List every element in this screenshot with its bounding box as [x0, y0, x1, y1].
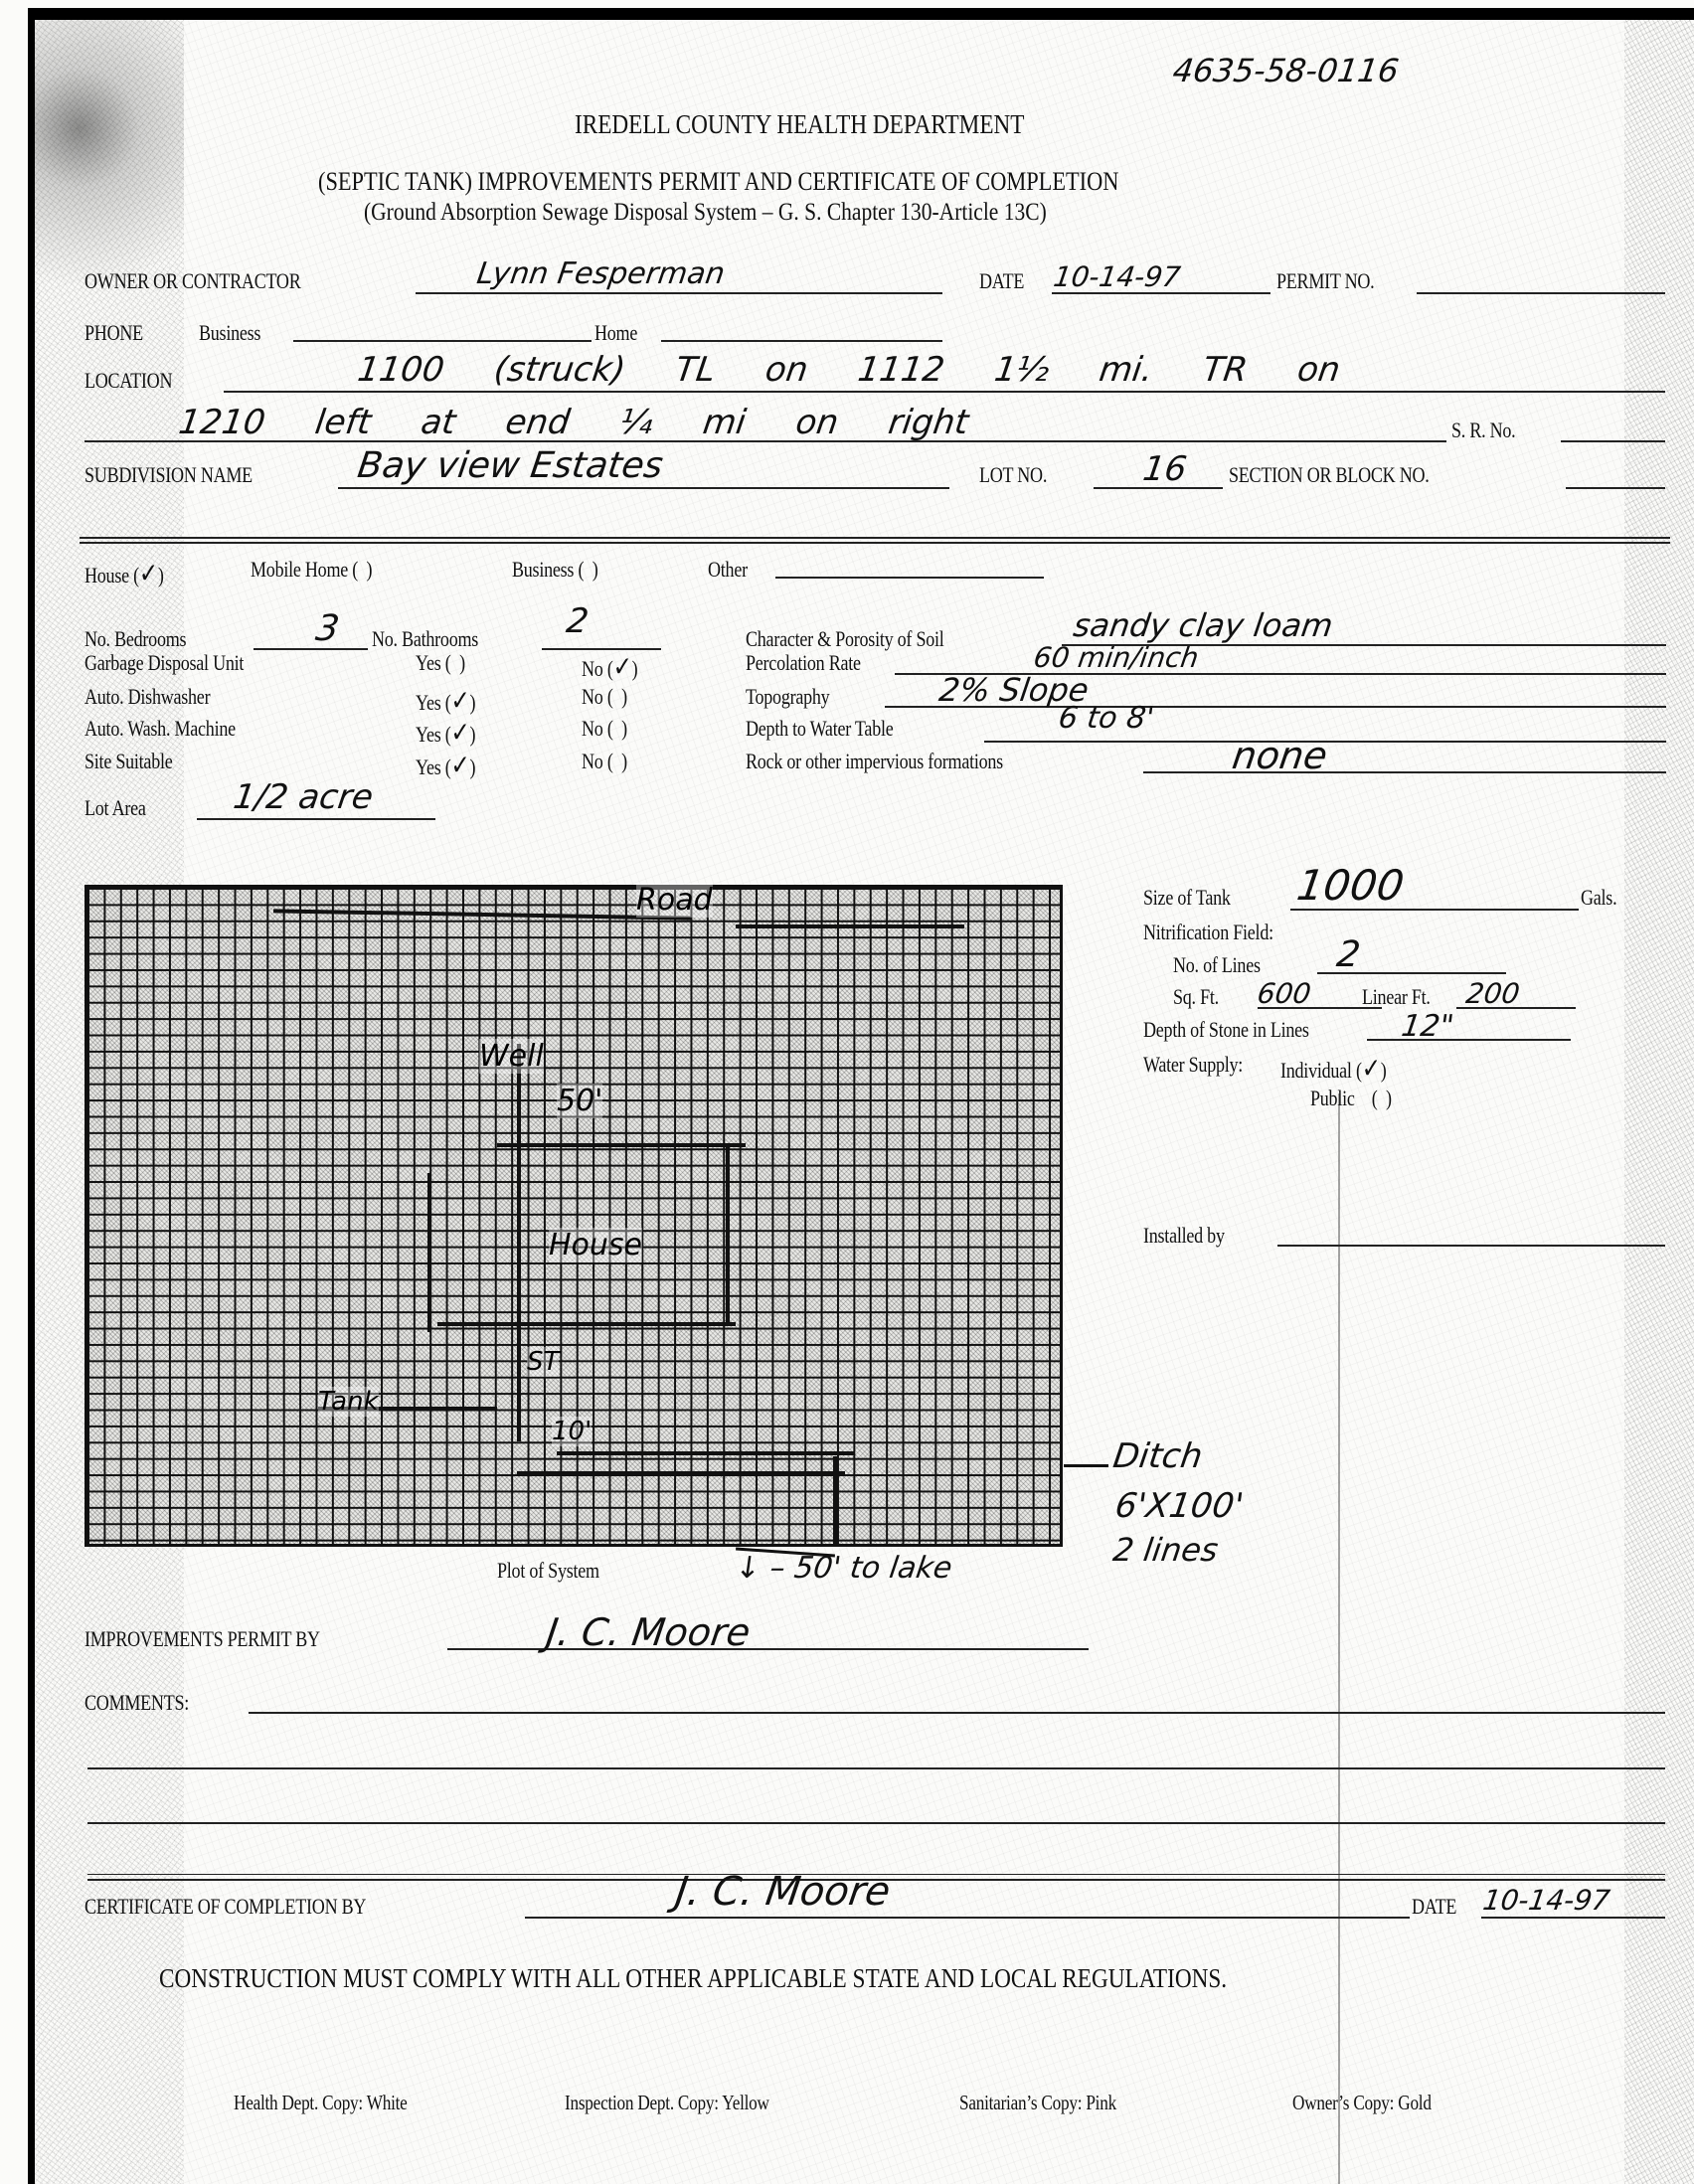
divider — [80, 537, 1670, 539]
lines-field[interactable]: 2 — [1334, 934, 1363, 975]
comments-field[interactable] — [249, 1688, 1665, 1712]
scan-edge-left — [28, 8, 35, 2184]
location-label: LOCATION — [85, 368, 172, 394]
plot-caption: Plot of System — [497, 1558, 599, 1584]
dishwasher-no[interactable]: No ( ) — [582, 684, 627, 710]
section-underline — [1566, 487, 1665, 489]
check-icon: ✓ — [613, 650, 632, 683]
water-individual[interactable]: Individual (✓) — [1280, 1052, 1386, 1085]
sketch-label-well: Well — [479, 1039, 544, 1074]
sketch-drain-line — [557, 1451, 855, 1455]
installed-by-field[interactable] — [1277, 1219, 1665, 1245]
note-lake-distance: ↓ – 50' to lake — [734, 1551, 954, 1586]
subdivision-label: SUBDIVISION NAME — [85, 462, 253, 488]
public-label: Public — [1310, 1086, 1355, 1110]
feature-label-dishwasher: Auto. Dishwasher — [85, 684, 210, 710]
sketch-drain-line — [517, 1471, 845, 1475]
sketch-label-st: ST — [527, 1347, 559, 1377]
wash-machine-yes[interactable]: Yes (✓) — [416, 716, 475, 749]
sketch-drain-end — [833, 1456, 837, 1546]
water-public[interactable]: Public ( ) — [1310, 1086, 1392, 1111]
compliance-notice: CONSTRUCTION MUST COMPLY WITH ALL OTHER … — [159, 1963, 1227, 1994]
sketch-label-road: Road — [636, 883, 713, 918]
soil-character-label: Character & Porosity of Soil — [746, 626, 944, 652]
mobile-home-label: Mobile Home — [251, 557, 348, 582]
sketch-house-wall — [427, 1173, 431, 1332]
business-underline — [293, 340, 592, 342]
lines-label: No. of Lines — [1173, 952, 1261, 978]
no-label: No — [582, 656, 603, 681]
check-icon: ✓ — [1362, 1052, 1381, 1085]
stone-depth-field[interactable]: 12" — [1400, 1009, 1456, 1044]
yes-label: Yes — [416, 650, 441, 675]
check-icon: ✓ — [451, 716, 470, 749]
linear-ft-field[interactable]: 200 — [1464, 977, 1522, 1010]
comments-underline-2 — [87, 1767, 1665, 1769]
plot-of-system-grid — [85, 885, 1063, 1547]
ditch-pointer — [1064, 1464, 1108, 1467]
rock-label: Rock or other impervious formations — [746, 749, 1003, 774]
bedrooms-label: No. Bedrooms — [85, 626, 186, 652]
lot-area-field[interactable]: 1/2 acre — [231, 777, 376, 817]
feature-label-wash-machine: Auto. Wash. Machine — [85, 716, 236, 742]
water-table-field[interactable]: 6 to 8' — [1057, 701, 1157, 736]
individual-label: Individual — [1280, 1058, 1352, 1083]
location-field-line2[interactable]: 1210 left at end ¼ mi on right — [176, 403, 970, 442]
site-suitable-no[interactable]: No ( ) — [582, 749, 627, 774]
house-checkbox-checked[interactable]: ✓ — [139, 557, 158, 589]
scanned-permit-page: 4635-58-0116 IREDELL COUNTY HEALTH DEPAR… — [0, 0, 1694, 2184]
tank-size-label: Size of Tank — [1143, 885, 1231, 911]
copy-inspection-dept: Inspection Dept. Copy: Yellow — [565, 2091, 769, 2115]
owner-field[interactable]: Lynn Fesperman — [475, 256, 728, 291]
section-field[interactable] — [1566, 459, 1665, 487]
note-lines-count: 2 lines — [1110, 1531, 1220, 1569]
perc-rate-label: Percolation Rate — [746, 650, 861, 676]
no-label: No — [582, 749, 603, 773]
wash-machine-no[interactable]: No ( ) — [582, 716, 627, 742]
business-label: Business — [512, 557, 574, 582]
no-label: No — [582, 684, 603, 709]
permit-no-field[interactable] — [1417, 264, 1665, 292]
owner-label: OWNER OR CONTRACTOR — [85, 268, 301, 294]
completion-date-field[interactable]: 10-14-97 — [1481, 1884, 1612, 1917]
building-type-business[interactable]: Business ( ) — [512, 557, 598, 583]
note-ditch: Ditch — [1110, 1436, 1205, 1476]
phone-label: PHONE — [85, 320, 143, 346]
installed-by-label: Installed by — [1143, 1223, 1225, 1249]
bedrooms-underline — [254, 648, 368, 650]
lot-area-underline — [197, 818, 435, 820]
owner-underline — [416, 292, 942, 294]
garbage-no[interactable]: No (✓) — [582, 650, 637, 683]
sketch-label-10ft: 10' — [552, 1417, 592, 1446]
bathrooms-label: No. Bathrooms — [372, 626, 478, 652]
sketch-house-wall — [497, 1143, 746, 1147]
sqft-field[interactable]: 600 — [1256, 977, 1313, 1010]
sketch-label-50ft: 50' — [557, 1084, 602, 1118]
form-subtitle: (Ground Absorption Sewage Disposal Syste… — [364, 199, 1047, 227]
tank-size-field[interactable]: 1000 — [1294, 861, 1408, 910]
sketch-label-tank: Tank — [318, 1387, 379, 1417]
home-phone-label: Home — [594, 320, 637, 346]
no-label: No — [582, 716, 603, 741]
divider — [80, 542, 1670, 544]
permit-no-label: PERMIT NO. — [1276, 268, 1374, 294]
section-label: SECTION OR BLOCK NO. — [1229, 462, 1430, 488]
agency-name: IREDELL COUNTY HEALTH DEPARTMENT — [575, 109, 1024, 140]
sr-no-label: S. R. No. — [1451, 418, 1515, 443]
building-type-mobile-home[interactable]: Mobile Home ( ) — [251, 557, 372, 583]
other-label: Other — [708, 557, 748, 583]
sqft-label: Sq. Ft. — [1173, 984, 1219, 1010]
date-field[interactable]: 10-14-97 — [1052, 260, 1183, 293]
check-icon: ✓ — [451, 684, 470, 717]
completion-date-underline — [1481, 1917, 1665, 1919]
building-type-house[interactable]: House (✓) — [85, 557, 164, 589]
other-field[interactable] — [775, 553, 1044, 577]
completion-by-label: CERTIFICATE OF COMPLETION BY — [85, 1894, 366, 1920]
comments-label: COMMENTS: — [85, 1690, 189, 1716]
scan-noise-right — [1624, 20, 1694, 2184]
linear-ft-label: Linear Ft. — [1362, 984, 1431, 1010]
feature-label-site-suitable: Site Suitable — [85, 749, 173, 774]
business-phone-label: Business — [199, 320, 260, 346]
subdivision-underline — [338, 487, 949, 489]
home-phone-field[interactable] — [661, 316, 942, 340]
feature-label-garbage: Garbage Disposal Unit — [85, 650, 244, 676]
date-label: DATE — [979, 268, 1024, 294]
lot-no-field[interactable]: 16 — [1140, 449, 1189, 489]
site-suitable-yes[interactable]: Yes (✓) — [416, 749, 475, 781]
scan-edge-top — [28, 8, 1694, 20]
business-phone-field[interactable] — [293, 316, 592, 340]
location-underline-1 — [224, 391, 1665, 393]
sr-no-field[interactable] — [1561, 416, 1665, 440]
sketch-house-wall — [437, 1322, 736, 1326]
yes-label: Yes — [416, 722, 441, 747]
home-underline — [661, 340, 942, 342]
permit-no-underline — [1417, 292, 1665, 294]
fold-line — [1338, 1093, 1340, 2184]
check-icon: ✓ — [451, 749, 470, 781]
rock-underline — [1143, 771, 1666, 773]
location-field-line1[interactable]: 1100 (struck) TL on 1112 1½ mi. TR on — [355, 350, 1342, 390]
tank-unit: Gals. — [1581, 885, 1616, 911]
sr-no-underline — [1561, 440, 1665, 442]
sketch-house-wall — [726, 1143, 730, 1322]
permit-by-label: IMPROVEMENTS PERMIT BY — [85, 1626, 320, 1652]
dishwasher-yes[interactable]: Yes (✓) — [416, 684, 475, 717]
copy-health-dept: Health Dept. Copy: White — [234, 2091, 408, 2115]
parcel-number: 4635-58-0116 — [1170, 52, 1401, 89]
yes-label: Yes — [416, 690, 441, 715]
installed-by-underline — [1277, 1245, 1665, 1247]
comments-underline-1 — [249, 1712, 1665, 1714]
completion-by-signature[interactable]: J. C. Moore — [673, 1869, 894, 1915]
completion-date-label: DATE — [1412, 1894, 1456, 1920]
comments-underline-3 — [87, 1822, 1665, 1824]
rock-field[interactable]: none — [1230, 734, 1330, 777]
house-label: House — [85, 563, 129, 588]
topography-label: Topography — [746, 684, 829, 710]
bedrooms-field[interactable]: 3 — [313, 608, 342, 649]
lot-area-label: Lot Area — [85, 795, 146, 821]
stone-depth-label: Depth of Stone in Lines — [1143, 1017, 1309, 1043]
sketch-road-line — [736, 924, 964, 928]
lot-no-label: LOT NO. — [979, 462, 1047, 488]
bathrooms-field[interactable]: 2 — [564, 601, 591, 641]
form-title: (SEPTIC TANK) IMPROVEMENTS PERMIT AND CE… — [318, 167, 1118, 197]
perc-rate-field[interactable]: 60 min/inch — [1032, 641, 1201, 674]
note-ditch-dimensions: 6'X100' — [1112, 1486, 1246, 1526]
subdivision-field[interactable]: Bay view Estates — [355, 445, 665, 486]
other-underline — [775, 577, 1044, 579]
copy-sanitarian: Sanitarian’s Copy: Pink — [959, 2091, 1116, 2115]
stone-depth-underline — [1367, 1039, 1571, 1041]
permit-by-signature[interactable]: J. C. Moore — [544, 1610, 754, 1654]
copy-owner: Owner’s Copy: Gold — [1292, 2091, 1432, 2115]
water-table-label: Depth to Water Table — [746, 716, 894, 742]
nitrification-label: Nitrification Field: — [1143, 920, 1273, 945]
yes-label: Yes — [416, 755, 441, 779]
soil-character-field[interactable]: sandy clay loam — [1071, 606, 1335, 644]
completion-by-underline — [525, 1917, 1410, 1919]
water-supply-label: Water Supply: — [1143, 1052, 1243, 1078]
sketch-label-house: House — [549, 1228, 642, 1262]
sketch-house-wall — [517, 1044, 521, 1441]
garbage-yes[interactable]: Yes ( ) — [416, 650, 465, 676]
